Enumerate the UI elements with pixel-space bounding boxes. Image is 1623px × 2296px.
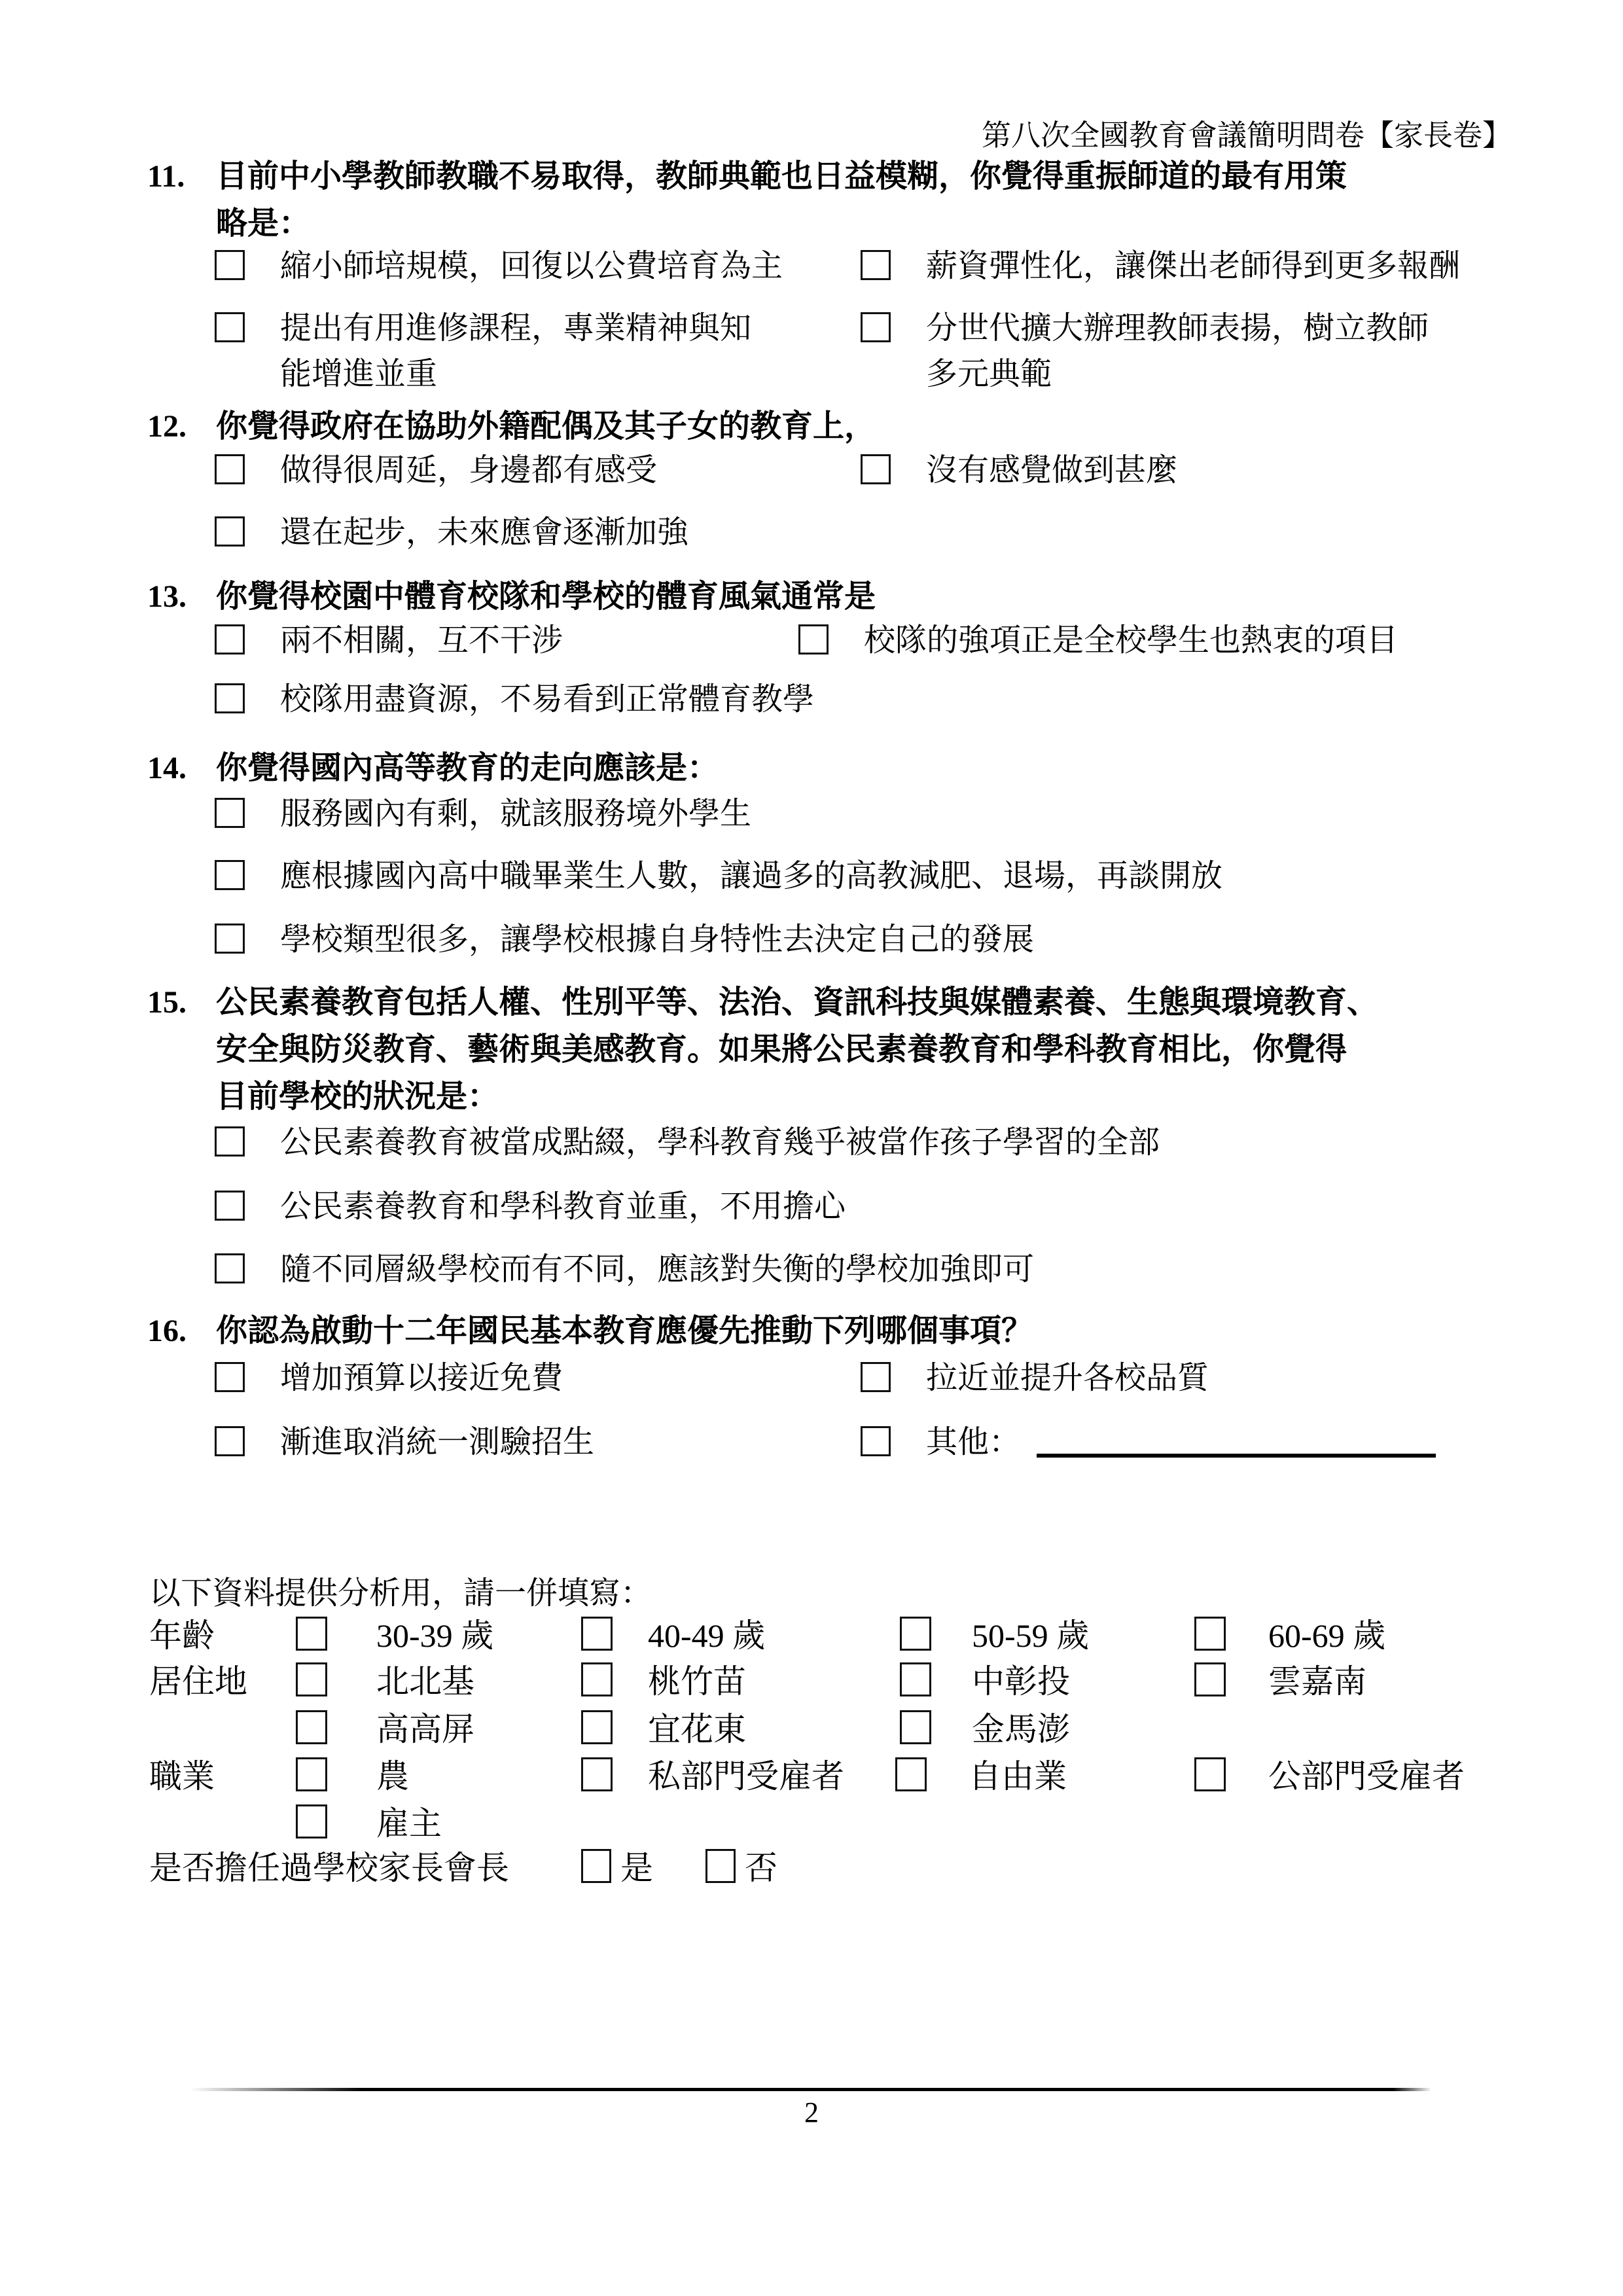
question-11-text: 目前中小學教師教職不易取得，教師典範也日益模糊，你覺得重振師道的最有用策 略是： <box>216 153 1525 247</box>
q16-option-1-checkbox[interactable] <box>215 1362 245 1392</box>
q15-option-3-label: 隨不同層級學校而有不同，應該對失衡的學校加強即可 <box>280 1247 1034 1293</box>
q15-option-3: 隨不同層級學校而有不同，應該對失衡的學校加強即可 <box>215 1247 1034 1293</box>
footer-divider <box>190 2088 1430 2091</box>
q14-option-1: 服務國內有剩，就該服務境外學生 <box>215 791 751 837</box>
q16-option-3: 漸進取消統一測驗招生 <box>215 1420 594 1465</box>
q14-option-3: 學校類型很多，讓學校根據自身特性去決定自己的發展 <box>215 917 1034 963</box>
residence-central-checkbox[interactable] <box>900 1662 931 1696</box>
q12-option-3: 還在起步，未來應會逐漸加強 <box>215 510 688 556</box>
demographics-intro: 以下資料提供分析用，請一併填寫： <box>149 1571 652 1617</box>
q15-option-2-checkbox[interactable] <box>215 1191 245 1221</box>
question-16-text: 你認為啟動十二年國民基本教育應優先推動下列哪個事項？ <box>216 1308 1525 1355</box>
question-13-text: 你覺得校園中體育校隊和學校的體育風氣通常是 <box>216 573 1525 620</box>
question-15-number: 15. <box>147 979 213 1026</box>
q12-option-3-label: 還在起步，未來應會逐漸加強 <box>280 510 688 556</box>
age-30-39-checkbox[interactable] <box>296 1617 327 1651</box>
question-12-number: 12. <box>147 403 213 450</box>
occupation-public-label: 公部門受雇者 <box>1268 1753 1465 1799</box>
question-14-text: 你覺得國內高等教育的走向應該是： <box>216 745 1525 792</box>
q16-option-2-checkbox[interactable] <box>861 1362 891 1392</box>
q12-option-2-checkbox[interactable] <box>861 454 891 484</box>
q11-option-2: 薪資彈性化，讓傑出老師得到更多報酬 <box>861 243 1460 289</box>
occupation-freelance-label: 自由業 <box>969 1753 1067 1799</box>
q16-option-4-other: 其他： <box>926 1420 1436 1465</box>
questionnaire-page: 第八次全國教育會議簡明問卷【家長卷】 11. 目前中小學教師教職不易取得，教師典… <box>0 0 1623 2296</box>
chair-no-checkbox[interactable] <box>705 1849 736 1883</box>
q16-option-4-label: 其他： <box>926 1425 1020 1460</box>
residence-north-label: 北北基 <box>376 1659 474 1704</box>
q13-option-1-checkbox[interactable] <box>215 624 245 655</box>
q11-option-4-label: 分世代擴大辦理教師表揚，樹立教師 多元典範 <box>926 306 1429 397</box>
q14-option-2: 應根據國內高中職畢業生人數，讓過多的高教減肥、退場，再談開放 <box>215 853 1222 899</box>
q16-option-4: 其他： <box>861 1420 1436 1465</box>
age-50-59-checkbox[interactable] <box>900 1617 931 1651</box>
q15-option-3-checkbox[interactable] <box>215 1253 245 1283</box>
q11-option-3-checkbox[interactable] <box>215 312 245 342</box>
q11-option-4-checkbox[interactable] <box>861 312 891 342</box>
residence-yunlin-label: 雲嘉南 <box>1268 1659 1366 1704</box>
q13-option-1: 兩不相關，互不干涉 <box>215 618 563 664</box>
residence-row-1: 居住地 北北基 桃竹苗 中彰投 雲嘉南 <box>0 1659 1623 1707</box>
q13-option-2: 校隊的強項正是全校學生也熱衷的項目 <box>798 618 1398 664</box>
occupation-row-1: 職業 農 私部門受雇者 自由業 公部門受雇者 <box>0 1753 1623 1802</box>
q16-option-3-label: 漸進取消統一測驗招生 <box>280 1420 594 1465</box>
q13-option-3: 校隊用盡資源，不易看到正常體育教學 <box>215 677 814 723</box>
chair-yes-checkbox[interactable] <box>581 1849 611 1883</box>
q13-option-3-checkbox[interactable] <box>215 683 245 713</box>
residence-label: 居住地 <box>149 1659 247 1704</box>
occupation-private-label: 私部門受雇者 <box>648 1753 844 1799</box>
page-number: 2 <box>0 2093 1623 2132</box>
question-16-number: 16. <box>147 1308 213 1355</box>
q14-option-3-label: 學校類型很多，讓學校根據自身特性去決定自己的發展 <box>280 917 1034 963</box>
residence-islands-label: 金馬澎 <box>972 1706 1070 1752</box>
occupation-freelance-checkbox[interactable] <box>895 1757 927 1791</box>
age-label: 年齡 <box>149 1613 215 1659</box>
q14-option-1-checkbox[interactable] <box>215 798 245 828</box>
q12-option-2-label: 沒有感覺做到甚麼 <box>926 448 1177 493</box>
question-11-number: 11. <box>147 153 213 200</box>
age-row: 年齡 30-39 歲 40-49 歲 50-59 歲 60-69 歲 <box>0 1613 1623 1661</box>
residence-east-label: 宜花東 <box>648 1706 746 1752</box>
age-40-49-label: 40-49 歲 <box>648 1613 765 1659</box>
q12-option-1-label: 做得很周延，身邊都有感受 <box>280 448 657 493</box>
q13-option-2-label: 校隊的強項正是全校學生也熱衷的項目 <box>864 618 1398 664</box>
question-13-number: 13. <box>147 573 213 620</box>
residence-north-checkbox[interactable] <box>296 1662 327 1696</box>
q14-option-1-label: 服務國內有剩，就該服務境外學生 <box>280 791 751 837</box>
occupation-farmer-label: 農 <box>376 1753 409 1799</box>
residence-taoyuan-checkbox[interactable] <box>581 1662 613 1696</box>
q12-option-2: 沒有感覺做到甚麼 <box>861 448 1177 493</box>
age-30-39-label: 30-39 歲 <box>376 1613 493 1659</box>
q15-option-1-checkbox[interactable] <box>215 1126 245 1157</box>
residence-yunlin-checkbox[interactable] <box>1194 1662 1226 1696</box>
q11-option-1: 縮小師培規模，回復以公費培育為主 <box>215 243 783 289</box>
occupation-employer-label: 雇主 <box>376 1801 442 1846</box>
q13-option-1-label: 兩不相關，互不干涉 <box>280 618 563 664</box>
q16-option-4-checkbox[interactable] <box>861 1426 891 1456</box>
q16-option-3-checkbox[interactable] <box>215 1426 245 1456</box>
occupation-row-2: 雇主 <box>0 1801 1623 1849</box>
q16-option-2: 拉近並提升各校品質 <box>861 1355 1209 1401</box>
q15-option-1: 公民素養教育被當成點綴，學科教育幾乎被當作孩子學習的全部 <box>215 1120 1160 1166</box>
occupation-public-checkbox[interactable] <box>1194 1757 1226 1791</box>
q11-option-1-checkbox[interactable] <box>215 250 245 280</box>
q12-option-3-checkbox[interactable] <box>215 516 245 547</box>
residence-taoyuan-label: 桃竹苗 <box>648 1659 746 1704</box>
age-40-49-checkbox[interactable] <box>581 1617 613 1651</box>
other-fill-in-line[interactable] <box>1037 1420 1436 1458</box>
q16-option-1: 增加預算以接近免費 <box>215 1355 563 1401</box>
occupation-farmer-checkbox[interactable] <box>296 1757 327 1791</box>
question-15-text: 公民素養教育包括人權、性別平等、法治、資訊科技與媒體素養、生態與環境教育、 安全… <box>216 979 1525 1121</box>
q13-option-3-label: 校隊用盡資源，不易看到正常體育教學 <box>280 677 814 723</box>
age-60-69-checkbox[interactable] <box>1194 1617 1226 1651</box>
q15-option-2: 公民素養教育和學科教育並重，不用擔心 <box>215 1184 846 1230</box>
residence-central-label: 中彰投 <box>972 1659 1070 1704</box>
q12-option-1-checkbox[interactable] <box>215 454 245 484</box>
q16-option-1-label: 增加預算以接近免費 <box>280 1355 563 1401</box>
question-14-number: 14. <box>147 745 213 792</box>
q14-option-2-label: 應根據國內高中職畢業生人數，讓過多的高教減肥、退場，再談開放 <box>280 853 1222 899</box>
q11-option-4: 分世代擴大辦理教師表揚，樹立教師 多元典範 <box>861 306 1429 397</box>
residence-south-label: 高高屏 <box>376 1706 474 1752</box>
residence-row-2: 高高屏 宜花東 金馬澎 <box>0 1706 1623 1755</box>
q11-option-3-label: 提出有用進修課程，專業精神與知 能增進並重 <box>280 306 751 397</box>
residence-south-checkbox[interactable] <box>296 1710 327 1744</box>
age-60-69-label: 60-69 歲 <box>1268 1613 1385 1659</box>
q11-option-2-checkbox[interactable] <box>861 250 891 280</box>
age-50-59-label: 50-59 歲 <box>972 1613 1089 1659</box>
chair-question-row: 是否擔任過學校家長會長 是 否 <box>0 1845 1623 1893</box>
q16-option-2-label: 拉近並提升各校品質 <box>926 1355 1209 1401</box>
q13-option-2-checkbox[interactable] <box>798 624 829 655</box>
page-header: 第八次全國教育會議簡明問卷【家長卷】 <box>982 117 1512 154</box>
q11-option-3: 提出有用進修課程，專業精神與知 能增進並重 <box>215 306 751 397</box>
q14-option-2-checkbox[interactable] <box>215 860 245 890</box>
chair-no-label: 否 <box>745 1845 777 1891</box>
q12-option-1: 做得很周延，身邊都有感受 <box>215 448 657 493</box>
chair-question-label: 是否擔任過學校家長會長 <box>149 1845 509 1891</box>
q15-option-1-label: 公民素養教育被當成點綴，學科教育幾乎被當作孩子學習的全部 <box>280 1120 1160 1166</box>
occupation-employer-checkbox[interactable] <box>296 1804 327 1839</box>
q14-option-3-checkbox[interactable] <box>215 924 245 954</box>
question-12-text: 你覺得政府在協助外籍配偶及其子女的教育上， <box>216 403 1525 450</box>
occupation-label: 職業 <box>149 1753 215 1799</box>
residence-islands-checkbox[interactable] <box>900 1710 931 1744</box>
q15-option-2-label: 公民素養教育和學科教育並重，不用擔心 <box>280 1184 846 1230</box>
q11-option-1-label: 縮小師培規模，回復以公費培育為主 <box>280 243 783 289</box>
residence-east-checkbox[interactable] <box>581 1710 613 1744</box>
occupation-private-checkbox[interactable] <box>581 1757 613 1791</box>
chair-yes-label: 是 <box>620 1845 653 1891</box>
q11-option-2-label: 薪資彈性化，讓傑出老師得到更多報酬 <box>926 243 1460 289</box>
